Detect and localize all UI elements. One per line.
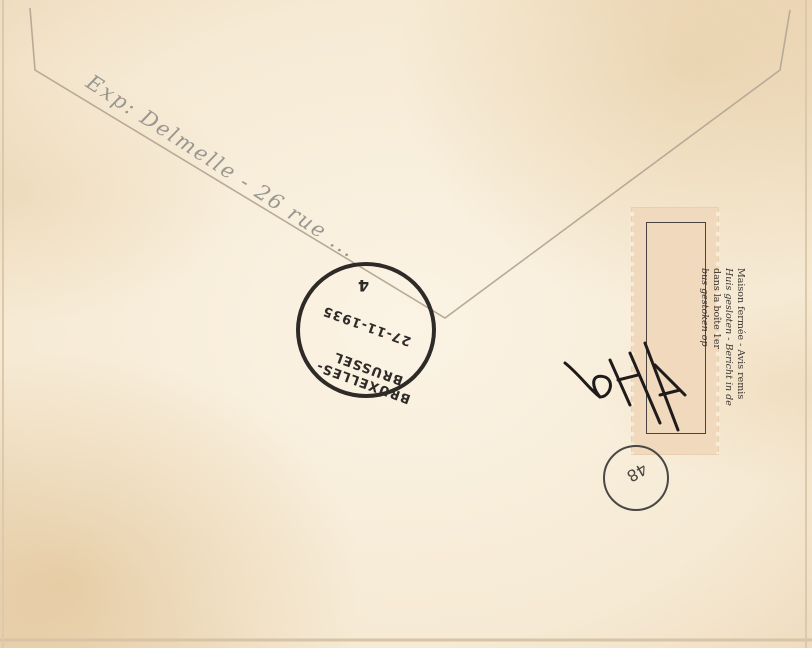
label-line-fr-1: Maison fermée - Avis remis [734, 268, 746, 468]
label-line-nl-1: Huis gesloten - Bericht in de [722, 268, 734, 468]
small-circular-mark: 48 [603, 445, 669, 511]
postmark-hour: 4 [358, 276, 369, 295]
label-line-nl-2: bus gestoken op [698, 268, 710, 468]
postmark-cancel: 4 27-11-1935 BRUXELLES-BRUSSEL [296, 262, 444, 402]
signature-mark [560, 335, 690, 435]
label-line-fr-2: dans la boîte 1er [710, 268, 722, 468]
envelope-back: Exp: Delmelle - 26 rue ... 4 27-11-1935 … [0, 0, 812, 648]
label-text: Maison fermée - Avis remis Huis gesloten… [698, 268, 746, 468]
small-mark-text: 48 [613, 453, 661, 491]
